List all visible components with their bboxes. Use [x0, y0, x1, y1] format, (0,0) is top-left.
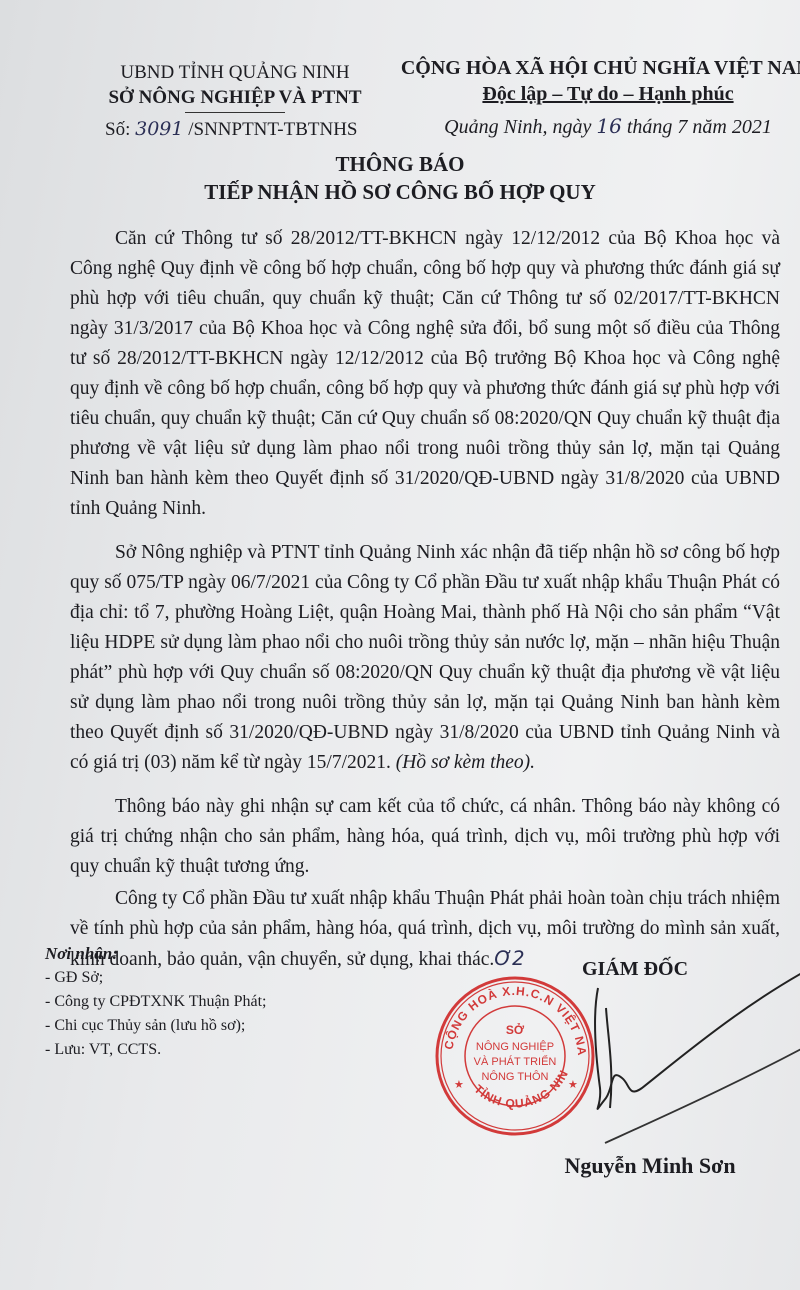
agency-divider — [185, 112, 285, 113]
date-day: 16 — [596, 114, 621, 138]
date-suffix: tháng 7 năm 2021 — [627, 116, 772, 138]
recipient-item: - Chi cục Thủy sản (lưu hồ sơ); — [45, 1014, 266, 1038]
document-number: Số: 3091 /SNNPTNT-TBTNHS — [85, 117, 385, 142]
national-motto: Độc lập – Tự do – Hạnh phúc — [378, 81, 800, 107]
confirmation-text: Sở Nông nghiệp và PTNT tỉnh Quảng Ninh x… — [70, 542, 780, 773]
title-line-2: TIẾP NHẬN HỒ SƠ CÔNG BỐ HỢP QUY — [0, 178, 800, 206]
doc-number-value: 3091 — [135, 118, 183, 140]
recipients-block: Nơi nhận: - GĐ Sở; - Công ty CPĐTXNK Thu… — [45, 942, 266, 1062]
signature-block: GIÁM ĐỐC CỘNG HOÀ X.H.C.N VIỆT NAM TỈNH … — [440, 958, 740, 981]
issue-date: Quảng Ninh, ngày 16 tháng 7 năm 2021 — [378, 113, 800, 140]
document-body: Căn cứ Thông tư số 28/2012/TT-BKHCN ngày… — [70, 224, 780, 989]
parent-agency: UBND TỈNH QUẢNG NINH — [85, 60, 385, 85]
attachment-note: (Hồ sơ kèm theo). — [396, 752, 535, 773]
nation-name: CỘNG HÒA XÃ HỘI CHỦ NGHĨA VIỆT NAM — [378, 55, 800, 81]
signer-name: Nguyễn Minh Sơn — [500, 1153, 800, 1179]
doc-number-label: Số: — [105, 119, 130, 140]
national-header-block: CỘNG HÒA XÃ HỘI CHỦ NGHĨA VIỆT NAM Độc l… — [378, 55, 800, 140]
document-title: THÔNG BÁO TIẾP NHẬN HỒ SƠ CÔNG BỐ HỢP QU… — [0, 150, 800, 206]
issuing-agency-block: UBND TỈNH QUẢNG NINH SỞ NÔNG NGHIỆP VÀ P… — [85, 60, 385, 142]
doc-number-suffix: /SNNPTNT-TBTNHS — [188, 119, 357, 140]
recipients-label: Nơi nhận: — [45, 942, 266, 966]
title-line-1: THÔNG BÁO — [0, 150, 800, 178]
svg-text:★: ★ — [454, 1079, 464, 1091]
paragraph-confirmation: Sở Nông nghiệp và PTNT tỉnh Quảng Ninh x… — [70, 538, 780, 778]
recipient-item: - Lưu: VT, CCTS. — [45, 1038, 266, 1062]
recipient-item: - GĐ Sở; — [45, 966, 266, 990]
handwritten-signature-icon — [510, 958, 800, 1158]
agency-name: SỞ NÔNG NGHIỆP VÀ PTNT — [85, 85, 385, 110]
recipient-item: - Công ty CPĐTXNK Thuận Phát; — [45, 990, 266, 1014]
date-prefix: Quảng Ninh, ngày — [444, 116, 591, 138]
paragraph-disclaimer: Thông báo này ghi nhận sự cam kết của tổ… — [70, 792, 780, 882]
paragraph-legal-basis: Căn cứ Thông tư số 28/2012/TT-BKHCN ngày… — [70, 224, 780, 524]
